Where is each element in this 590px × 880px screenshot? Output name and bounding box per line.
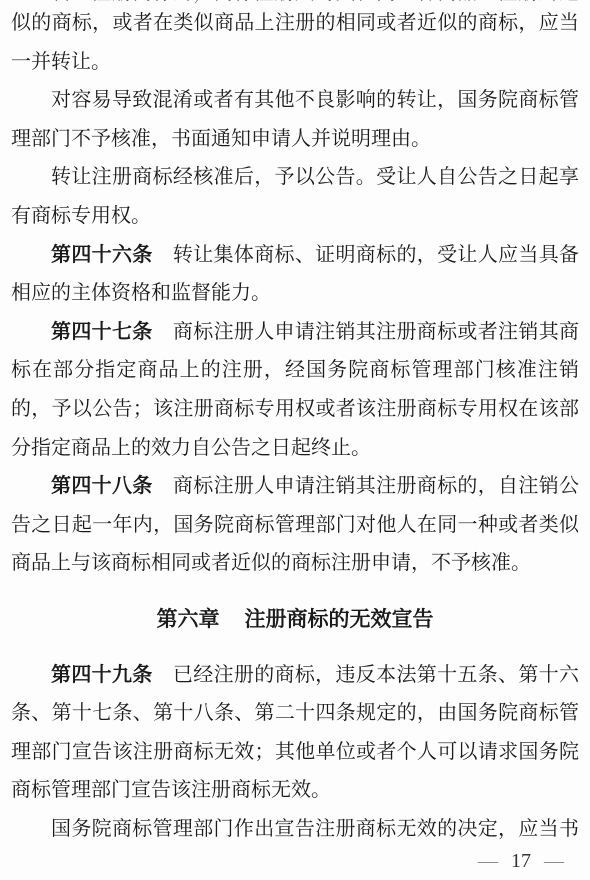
text-line: 标在部分指定商品上的注册，经国务院商标管理部门核准注销 [11,351,579,390]
text-line: 有商标专用权。 [11,197,579,236]
article-number: 第四十七条 [51,321,153,343]
text-line: 告之日起一年内，国务院商标管理部门对他人在同一种或者类似 [11,506,579,545]
article-number: 第四十九条 [51,664,153,686]
text-line: 第四十八条商标注册人申请注销其注册商标的，自注销公 [11,467,579,506]
text-line: 条、第十七条、第十八条、第二十四条规定的，由国务院商标管 [11,694,579,733]
text-line: 第四十九条已经注册的商标，违反本法第十五条、第十六 [11,656,579,695]
text-line: 的，予以公告；该注册商标专用权或者该注册商标专用权在该部 [11,390,579,429]
text-line: 商品上与该商标相同或者近似的商标注册申请，不予核准。 [11,544,579,583]
text-line: 似的商标，或者在类似商品上注册的相同或者近似的商标，应当 [11,4,579,43]
clipped-previous-line: 转让注册商标的，商标注册人对其在同一种商品上注册的近 [11,0,579,4]
text-line: 相应的主体资格和监督能力。 [11,274,579,313]
page-number-dash-left: — [478,850,498,872]
page-content: 转让注册商标的，商标注册人对其在同一种商品上注册的近 似的商标，或者在类似商品上… [0,0,590,872]
text-line: 第四十六条转让集体商标、证明商标的，受让人应当具备 [11,236,579,275]
text-line: 分指定商品上的效力自公告之日起终止。 [11,429,579,468]
page-number-value: 17 [509,850,533,872]
text-line: 转让注册商标经核准后，予以公告。受让人自公告之日起享 [11,158,579,197]
page-body: 似的商标，或者在类似商品上注册的相同或者近似的商标，应当一并转让。对容易导致混淆… [11,4,579,848]
text-line: 对容易导致混淆或者有其他不良影响的转让，国务院商标管 [11,81,579,120]
page-number: — 17 — [11,850,579,872]
text-line: 理部门不予核准，书面通知申请人并说明理由。 [11,120,579,159]
text-line: 商标管理部门宣告该注册商标无效。 [11,771,579,810]
text-line-clipped: 转让注册商标的，商标注册人对其在同一种商品上注册的近 [11,0,579,4]
article-number: 第四十八条 [51,475,153,497]
chapter-number: 第六章 [157,607,220,631]
text-line: 国务院商标管理部门作出宣告注册商标无效的决定，应当书 [11,810,579,849]
text-line: 一并转让。 [11,43,579,82]
page-number-dash-right: — [544,850,564,872]
text-line: 第四十七条商标注册人申请注销其注册商标或者注销其商 [11,313,579,352]
document-page: 转让注册商标的，商标注册人对其在同一种商品上注册的近 似的商标，或者在类似商品上… [0,0,590,880]
chapter-heading: 第六章注册商标的无效宣告 [11,600,579,639]
article-number: 第四十六条 [51,244,153,266]
text-line: 理部门宣告该注册商标无效；其他单位或者个人可以请求国务院 [11,733,579,772]
chapter-title: 注册商标的无效宣告 [245,607,434,631]
